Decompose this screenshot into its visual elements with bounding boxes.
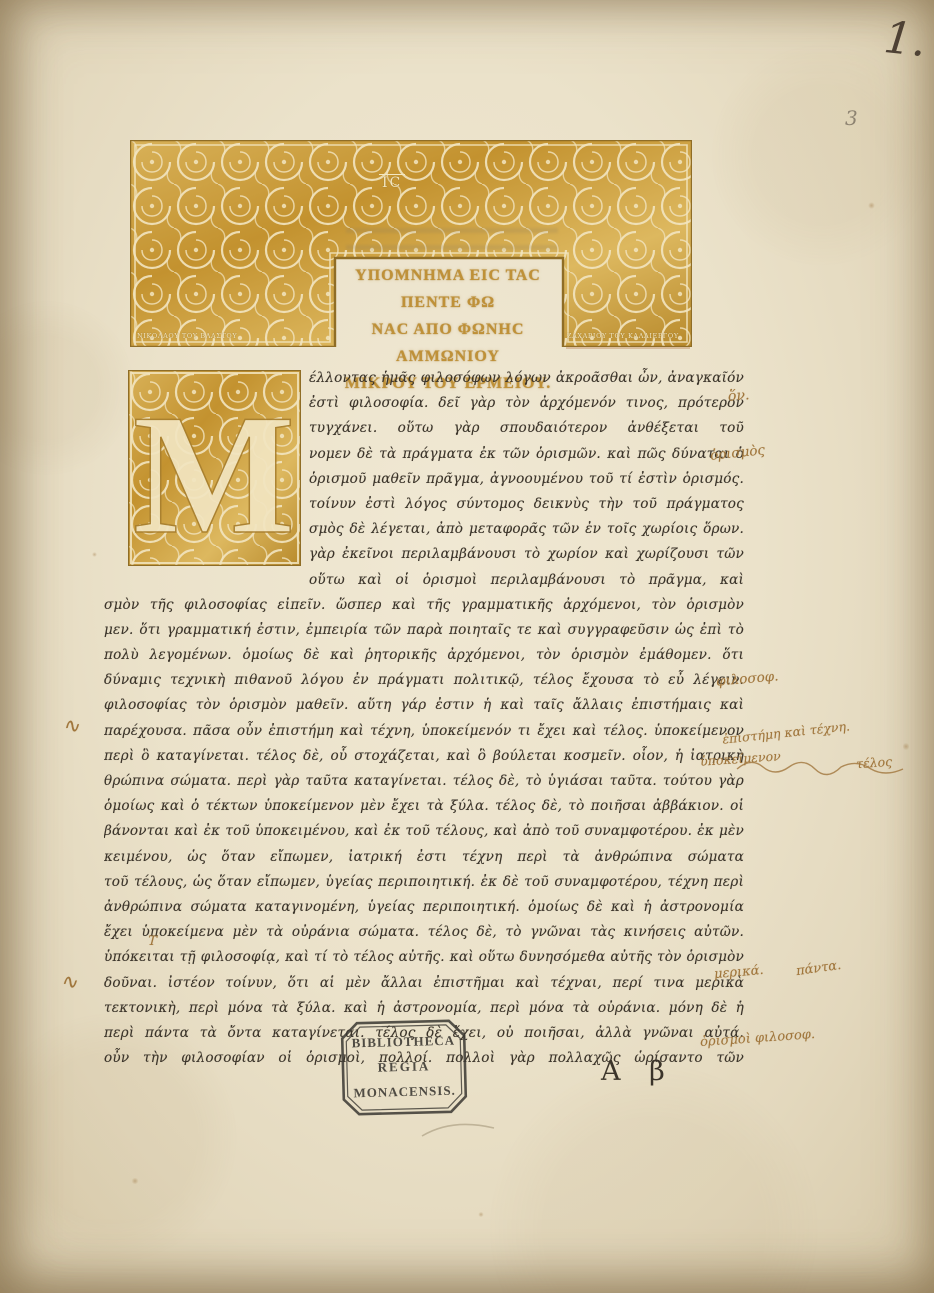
foxing-speck <box>903 742 909 751</box>
text-line: τοίνυν ἐστὶ λόγος σύντομος δεικνὺς τὴν τ… <box>309 492 744 517</box>
stamp-text: BIBLIOTHECA <box>340 1032 466 1051</box>
pencil-stroke <box>418 1118 498 1140</box>
quire-signature: Α β <box>601 1056 675 1087</box>
folio-number: 1. <box>881 12 928 67</box>
printer-caption-left: ΝΙΚΟΛΑΟΥ ΤΟΥ ΒΛΑΣΤΟΥ <box>137 332 237 340</box>
text-line: βάνονται καὶ ἐκ τοῦ ὑποκειμένου, καὶ ἐκ … <box>104 819 744 844</box>
foxing-speck <box>131 1178 139 1184</box>
text-line: περὶ ὃ καταγίνεται. τέλος δὲ, οὗ στοχάζε… <box>104 744 744 769</box>
initial-letter: M <box>133 380 295 566</box>
marginal-annotation: ὅν. <box>727 387 749 404</box>
text-line: ἔχει ὑποκείμενα μὲν τὰ οὐράνια σώματα. τ… <box>104 920 744 945</box>
text-line: έλλοντας ἡμᾶς φιλοσόφων λόγων ἀκροᾶσθαι … <box>309 366 744 391</box>
text-line: οὕτω καὶ οἱ ὁρισμοὶ περιλαμβάνουσι τὸ πρ… <box>309 568 744 593</box>
text-line: τοῦ τέλους, ὡς ὅταν εἴπωμεν, ὑγείας περι… <box>104 870 744 895</box>
printer-caption-right: ΖΑΧΑΡΙΟΥ ΤΟΥ ΚΑΛΛΙΕΡΓΟΥ <box>567 332 679 340</box>
foxing-speck <box>868 202 875 209</box>
marginal-annotation: πάντα. <box>795 958 842 979</box>
text-line: ἀνθρώπινα σώματα καταγινομένη, ὑγείας πε… <box>104 895 744 920</box>
text-line: πολὺ λεγομένων. ὁμοίως δὲ καὶ ῥητορικῆς … <box>104 643 744 668</box>
main-text-block: M έλλοντας ἡμᾶς φιλοσόφων λόγων ἀκροᾶσθα… <box>104 366 744 1071</box>
text-line: φιλοσοφίας τὸν ὁρισμὸν μαθεῖν. αὕτη γάρ … <box>104 693 744 718</box>
marginal-mark: Τ <box>148 934 157 949</box>
christogram-IC: ΙϹ <box>379 174 405 191</box>
text-line: κειμένου, ὡς ὅταν εἴπωμεν, ἰατρική ἐστι … <box>104 845 744 870</box>
marginal-mark: ∿ <box>60 713 82 740</box>
text-line: δοῦναι. ἰστέον τοίνυν, ὅτι αἱ μὲν ἄλλαι … <box>104 971 744 996</box>
text-line: θρώπινα σώματα. περὶ γὰρ ταῦτα καταγίνετ… <box>104 769 744 794</box>
stamp-text: MONACENSIS. <box>341 1082 467 1101</box>
text-line: μεν. ὅτι γραμματική ἐστιν, ἐμπειρία τῶν … <box>104 618 744 643</box>
illuminated-initial-M: M <box>128 370 301 566</box>
text-line: δύναμις τεχνικὴ πιθανοῦ λόγου ἐν πράγματ… <box>104 668 744 693</box>
offset-line <box>566 347 690 349</box>
annotation-flourish <box>735 755 905 779</box>
text-line: παρέχουσα. πᾶσα οὖν ἐπιστήμη καὶ τέχνη, … <box>104 719 744 744</box>
text-line: νομεν δὲ τὰ πράγματα ἐκ τῶν ὁρισμῶν. καὶ… <box>309 442 744 467</box>
stamp-text: REGIA <box>341 1057 467 1076</box>
text-line: γὰρ ἐκεῖνοι περιλαμβάνουσι τὸ χωρίον καὶ… <box>309 542 744 567</box>
marginal-annotation: μερικά. <box>713 963 764 982</box>
verso-show-through <box>346 224 558 258</box>
manuscript-page-scan: 1. 3 ΙϹ <box>0 0 934 1293</box>
library-stamp: BIBLIOTHECA REGIA MONACENSIS. <box>340 1018 468 1116</box>
title-line: ΥΠΟΜΝΗΜΑ ΕΙϹ ΤΑϹ ΠΕΝΤΕ ΦΩ <box>332 262 564 316</box>
foxing-speck <box>92 552 97 557</box>
pencil-foliation: 3 <box>845 106 858 130</box>
text-line: ὁμοίως καὶ ὁ τέκτων ὑποκείμενον μὲν ἔχει… <box>104 794 744 819</box>
marginal-mark: ∿ <box>58 969 79 995</box>
foxing-speck <box>478 1212 484 1217</box>
title-line: ΝΑϹ ΑΠΟ ΦΩΝΗϹ ΑΜΜΩΝΙΟΥ <box>332 316 564 370</box>
text-line: τυγχάνει. οὕτω γὰρ σπουδαιότερον ἀνθέξετ… <box>309 416 744 441</box>
text-line: τεκτονικὴ, περὶ μόνα τὰ ξύλα. καὶ ἡ ἀστρ… <box>104 996 744 1021</box>
text-line: ὑπόκειται τῇ φιλοσοφίᾳ, καὶ τί τὸ τέλος … <box>104 945 744 970</box>
text-line: ὁρισμοῦ μαθεῖν πρᾶγμα, ἀγνοουμένου τοῦ τ… <box>309 467 744 492</box>
text-line: σμὸς δὲ λέγεται, ἀπὸ μεταφορᾶς τῶν ἐν το… <box>309 517 744 542</box>
text-line: ἐστὶ φιλοσοφία. δεῖ γὰρ τὸν ἀρχόμενόν τι… <box>309 391 744 416</box>
text-line: σμὸν τῆς φιλοσοφίας εἰπεῖν. ὥσπερ καὶ τῆ… <box>104 593 744 618</box>
